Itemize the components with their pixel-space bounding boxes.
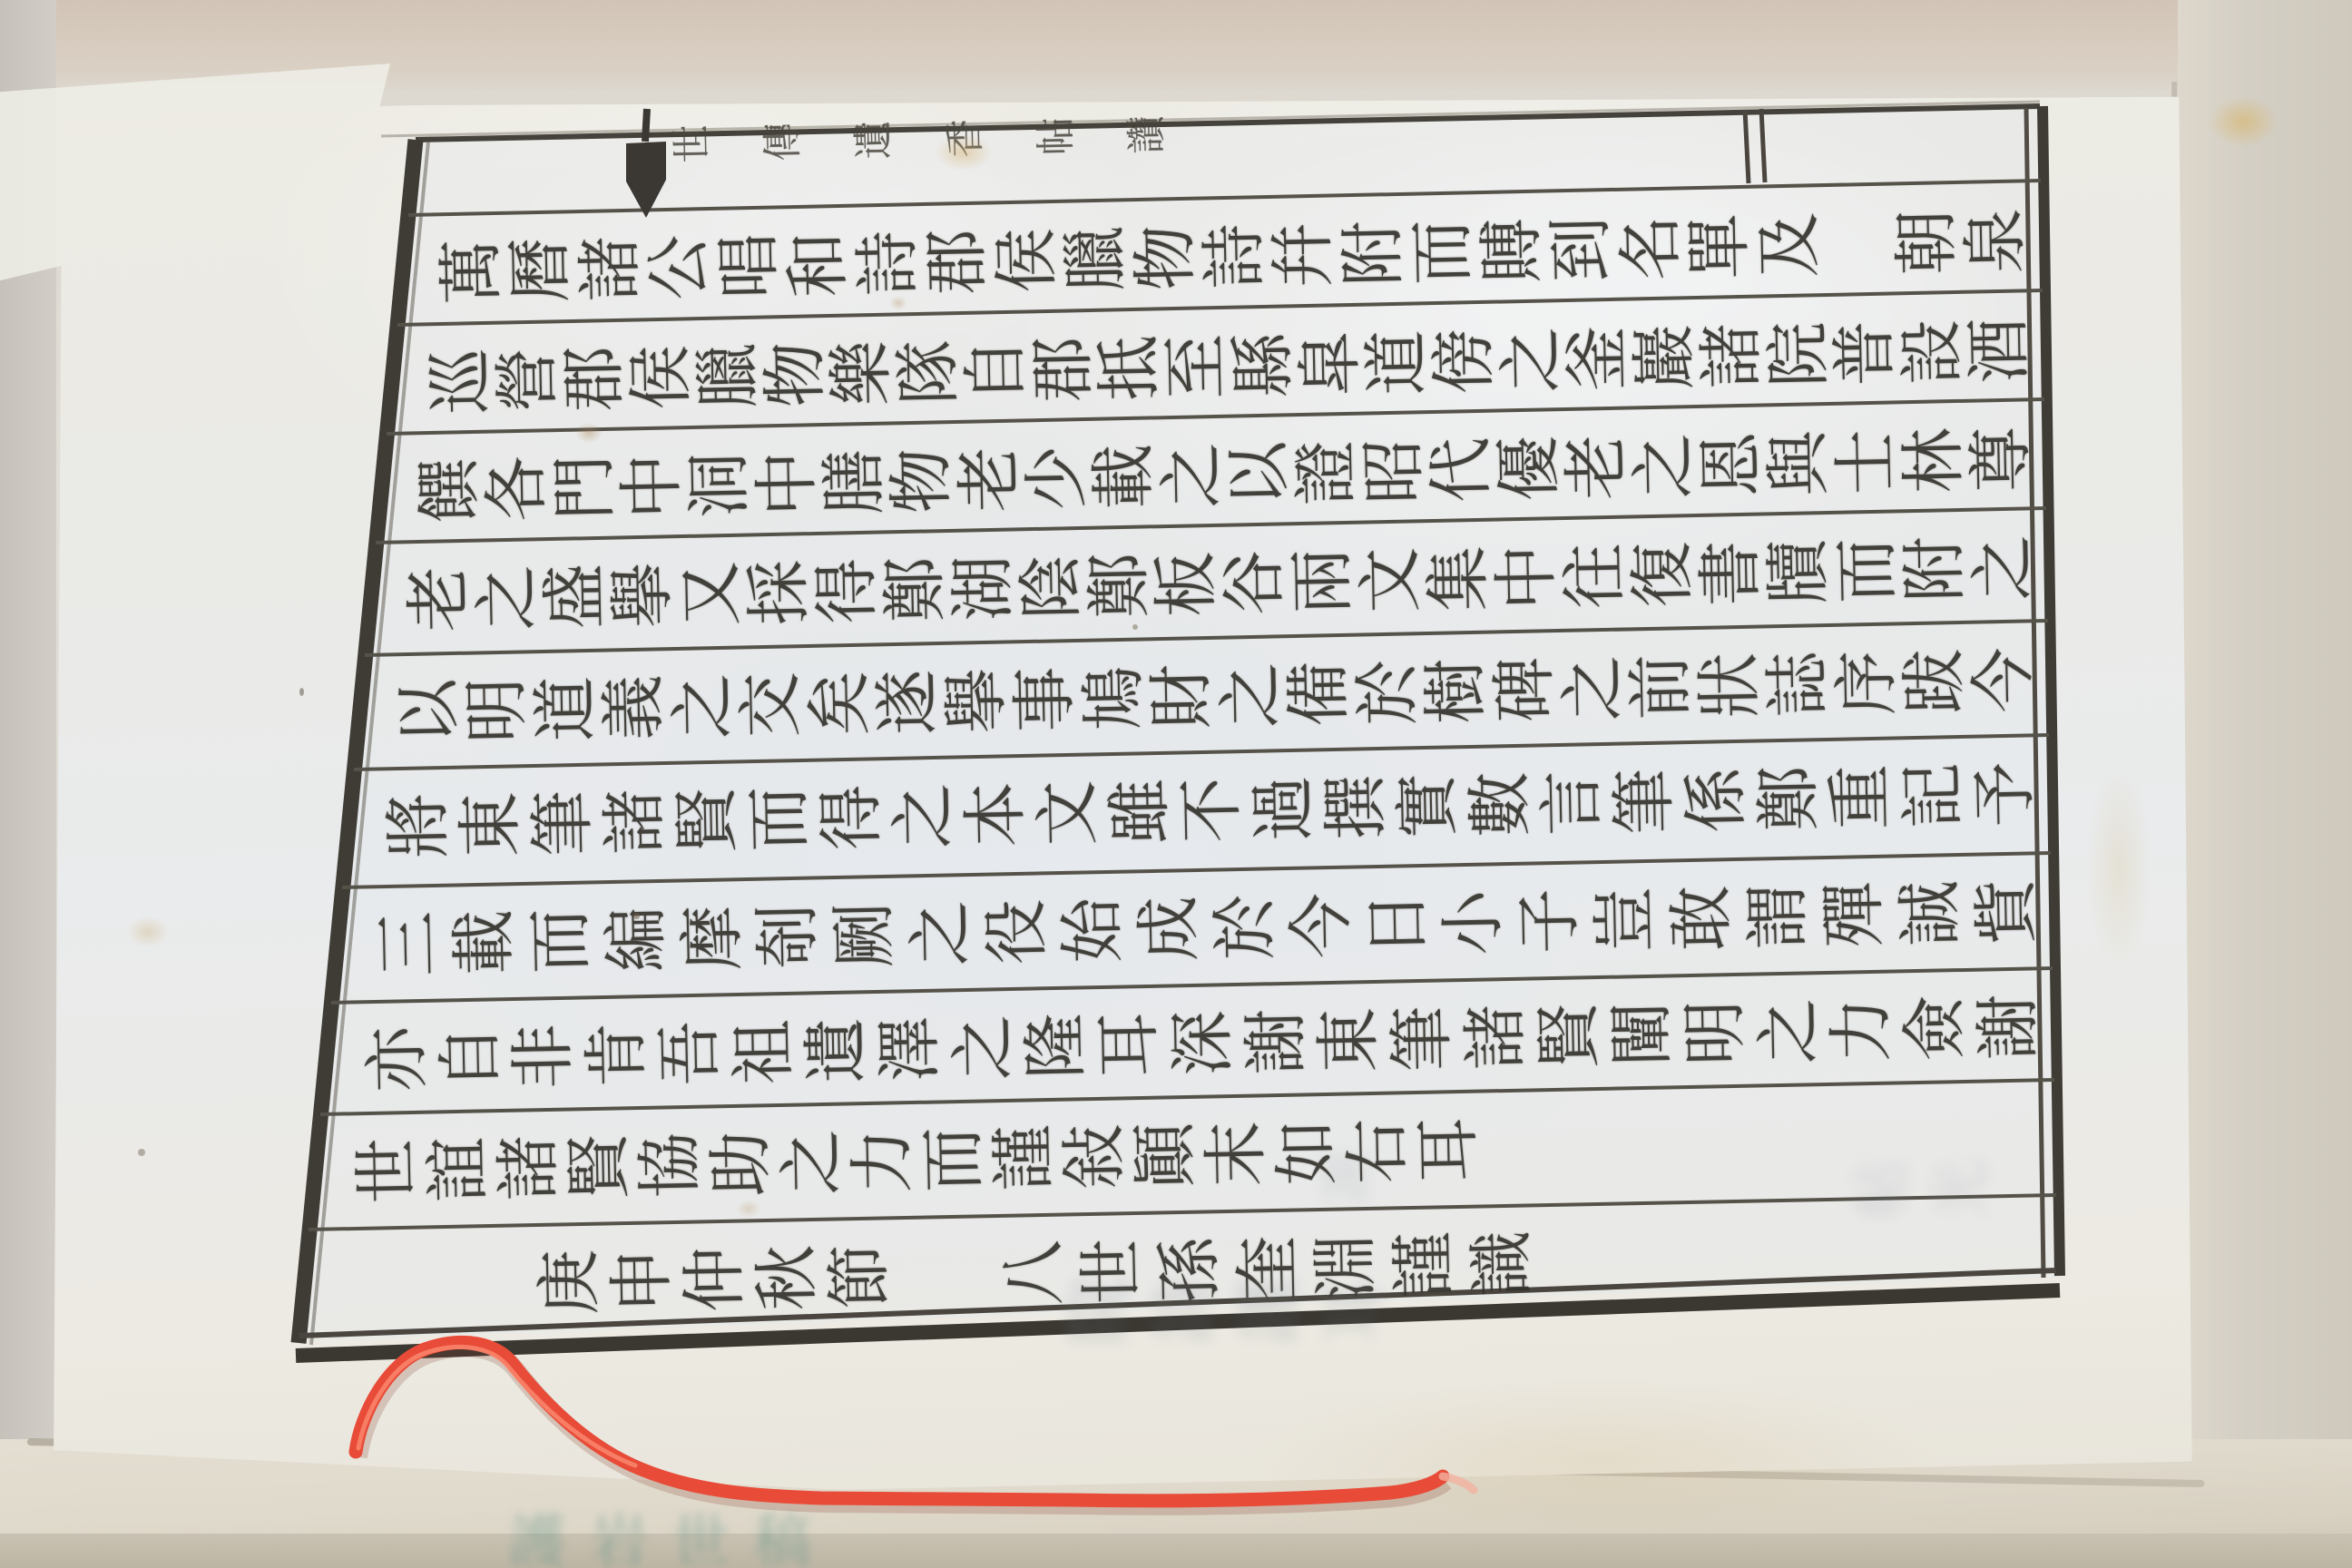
stain <box>1252 1379 1942 1543</box>
speck <box>138 1149 145 1156</box>
sheet-bottom-edge <box>27 1438 2205 1487</box>
colophon-date: 庚申仲秋節 <box>536 1243 900 1316</box>
stain <box>575 423 603 443</box>
printed-frame-rules <box>0 0 2352 1568</box>
title-strip-characters: 世傳遺香帖讚 <box>672 117 1168 196</box>
underlying-book-pages <box>0 1439 2352 1568</box>
verso-showthrough: 帖光 <box>1840 1152 2058 1225</box>
fishtail-icon <box>626 142 666 218</box>
hanji-paper-sheet <box>36 80 2205 1495</box>
text-column-9: 世誼諸賢協助之力而謹敍顚末如右耳 <box>354 1090 2043 1220</box>
stain <box>2209 96 2278 147</box>
text-column-3: 饌各門中洞中膳物老少載之以證昭代優老之恩與士林尊 <box>416 410 2035 539</box>
colophon-row: 庚申仲秋節 八世孫奎淵謹識 <box>344 1204 2052 1335</box>
verso-showthrough: 謝 <box>1308 1145 1445 1209</box>
photo-of-book-page: 護岩世稿 世傳遺香 <box>0 0 2352 1568</box>
backdrop-right-pages <box>2178 0 2352 1568</box>
text-column-5: 以明道義之交矣遂擧事鳩財之備於樹碑之前狀誌序跋今 <box>396 632 2038 760</box>
book-beneath-faint-label: 護岩世稿 <box>508 1495 935 1566</box>
text-column-2: 巡營郡侯臘物樂隊自郡抵至縣皐道傍之釜巖諸院普設酒 <box>427 302 2033 430</box>
stain <box>889 296 907 310</box>
text-column-7: 三載而編摩剞劂之役始成於今日小子豈敢謂殫誠貲 <box>375 863 2041 993</box>
table-shadow-strip <box>0 1534 2352 1568</box>
colophon-signature: 八世孫奎淵謹識 <box>1001 1230 1548 1306</box>
speck <box>1132 624 1138 630</box>
text-column-4: 老之盛擧又採得鄭湖陰鄭板谷兩文集中往復書牘而附之 <box>406 519 2037 648</box>
stain <box>2087 762 2151 971</box>
stain <box>127 916 169 947</box>
stain <box>935 134 993 171</box>
text-column-8: 亦自非肯吾祖遺澤之隆耳深謝東筆諸賢闡明之力僉謝 <box>364 978 2043 1108</box>
text-column-1: 萬曆諸公唱和詩郡侯臘物詩幷附而賻到名單及朝泉 <box>438 192 2030 320</box>
verso-showthrough: 院詩謹耳 <box>1053 1270 1443 1352</box>
red-binding-string <box>0 0 2352 1568</box>
paper-sheen <box>635 109 1180 345</box>
paper-sheen <box>1289 109 2033 454</box>
backdrop-left-edge <box>0 0 56 1568</box>
text-column-6: 將東筆諸賢而得之本文雖不過撰實數言筆係鄭重記予 <box>386 745 2039 875</box>
underlay-paper-corner <box>0 64 390 299</box>
stain <box>737 1200 760 1218</box>
speck <box>299 688 304 696</box>
speck <box>633 913 640 919</box>
fore-edge-line <box>2159 82 2178 1352</box>
backdrop-top-strip <box>0 0 2352 91</box>
